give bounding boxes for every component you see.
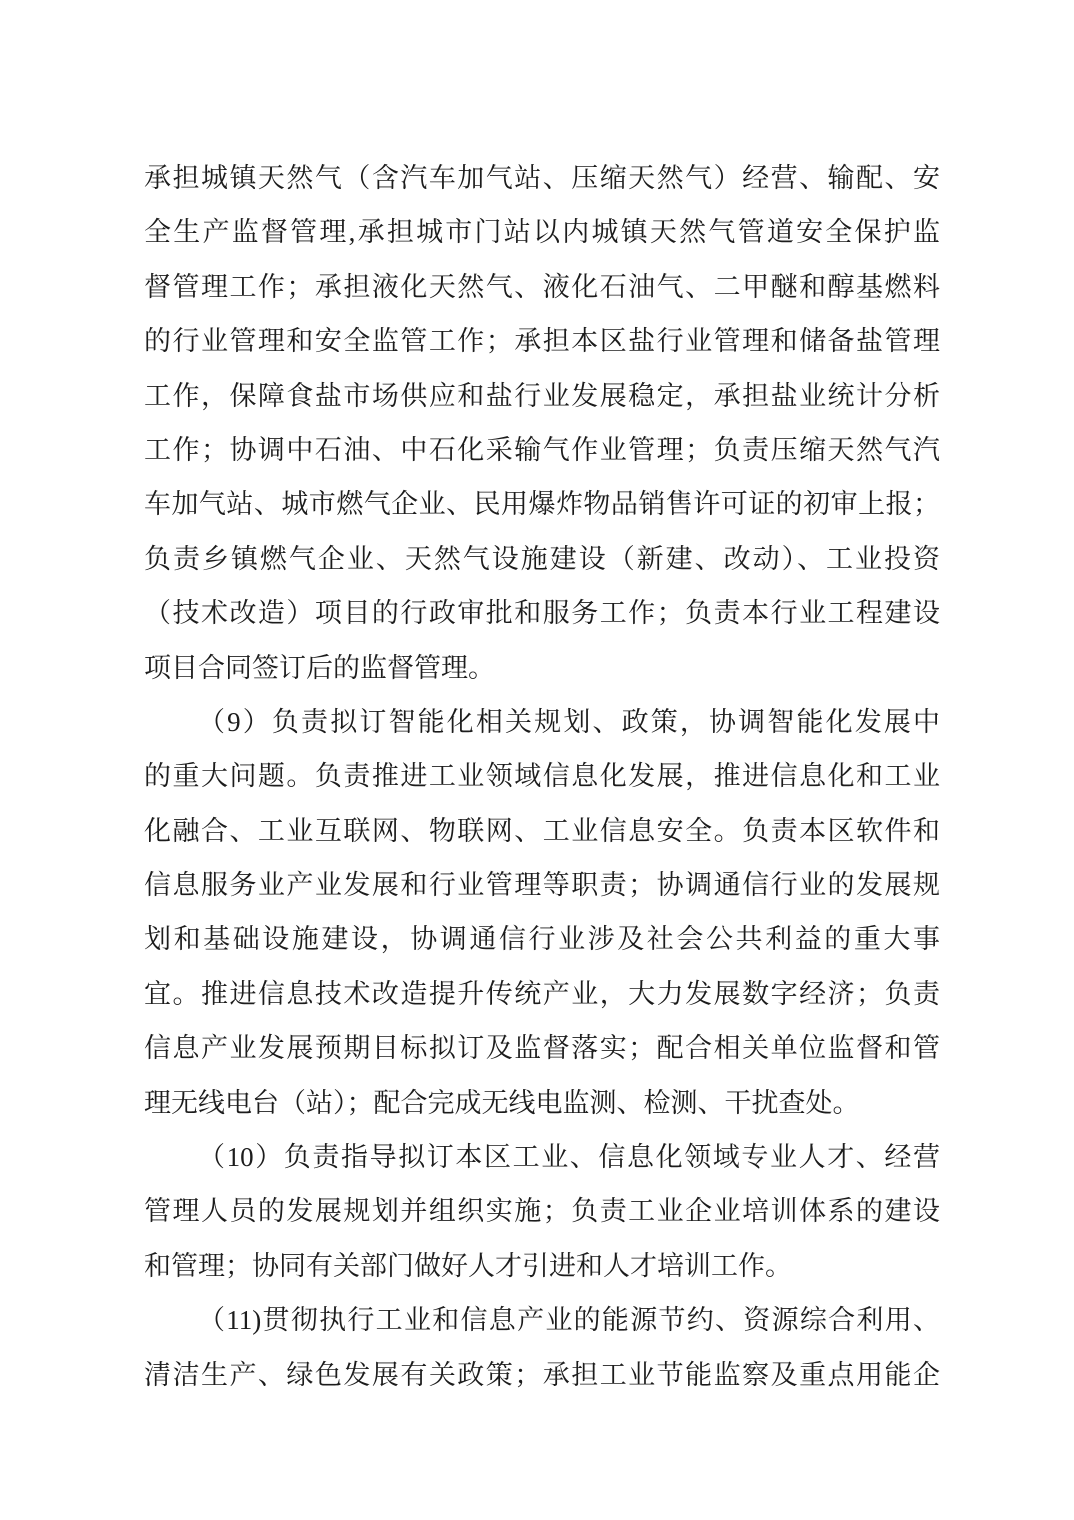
text-line: 信息产业发展预期目标拟订及监督落实；配合相关单位监督和管 bbox=[144, 1021, 940, 1075]
text-line: 的重大问题。负责推进工业领域信息化发展，推进信息化和工业 bbox=[144, 749, 940, 803]
text-line: 负责乡镇燃气企业、天然气设施建设（新建、改动）、工业投资 bbox=[144, 532, 940, 586]
text-line: 全生产监督管理,承担城市门站以内城镇天然气管道安全保护监 bbox=[144, 205, 940, 259]
text-line: 管理人员的发展规划并组织实施；负责工业企业培训体系的建设 bbox=[144, 1184, 940, 1238]
text-line-paragraph-10-start: （10）负责指导拟订本区工业、信息化领域专业人才、经营 bbox=[144, 1130, 940, 1184]
text-line: 化融合、工业互联网、物联网、工业信息安全。负责本区软件和 bbox=[144, 804, 940, 858]
text-line: 清洁生产、绿色发展有关政策；承担工业节能监察及重点用能企 bbox=[144, 1348, 940, 1402]
text-line: 督管理工作；承担液化天然气、液化石油气、二甲醚和醇基燃料 bbox=[144, 260, 940, 314]
text-line-paragraph-9-start: （9）负责拟订智能化相关规划、政策，协调智能化发展中 bbox=[144, 695, 940, 749]
text-line: （技术改造）项目的行政审批和服务工作；负责本行业工程建设 bbox=[144, 586, 940, 640]
text-line: 工作；协调中石油、中石化采输气作业管理；负责压缩天然气汽 bbox=[144, 423, 940, 477]
text-line-paragraph-11-start: （11)贯彻执行工业和信息产业的能源节约、资源综合利用、 bbox=[144, 1293, 940, 1347]
text-line: 理无线电台（站）；配合完成无线电监测、检测、干扰查处。 bbox=[144, 1076, 940, 1130]
text-line: 划和基础设施建设，协调通信行业涉及社会公共利益的重大事 bbox=[144, 912, 940, 966]
text-line: 信息服务业产业发展和行业管理等职责；协调通信行业的发展规 bbox=[144, 858, 940, 912]
text-line: 项目合同签订后的监督管理。 bbox=[144, 641, 940, 695]
text-line: 工作，保障食盐市场供应和盐行业发展稳定，承担盐业统计分析 bbox=[144, 369, 940, 423]
text-line: 承担城镇天然气（含汽车加气站、压缩天然气）经营、输配、安 bbox=[144, 151, 940, 205]
text-line: 宜。推进信息技术改造提升传统产业，大力发展数字经济；负责 bbox=[144, 967, 940, 1021]
text-line: 和管理；协同有关部门做好人才引进和人才培训工作。 bbox=[144, 1239, 940, 1293]
text-line: 车加气站、城市燃气企业、民用爆炸物品销售许可证的初审上报； bbox=[144, 477, 940, 531]
document-page: 承担城镇天然气（含汽车加气站、压缩天然气）经营、输配、安 全生产监督管理,承担城… bbox=[0, 0, 1074, 1520]
text-line: 的行业管理和安全监管工作；承担本区盐行业管理和储备盐管理 bbox=[144, 314, 940, 368]
